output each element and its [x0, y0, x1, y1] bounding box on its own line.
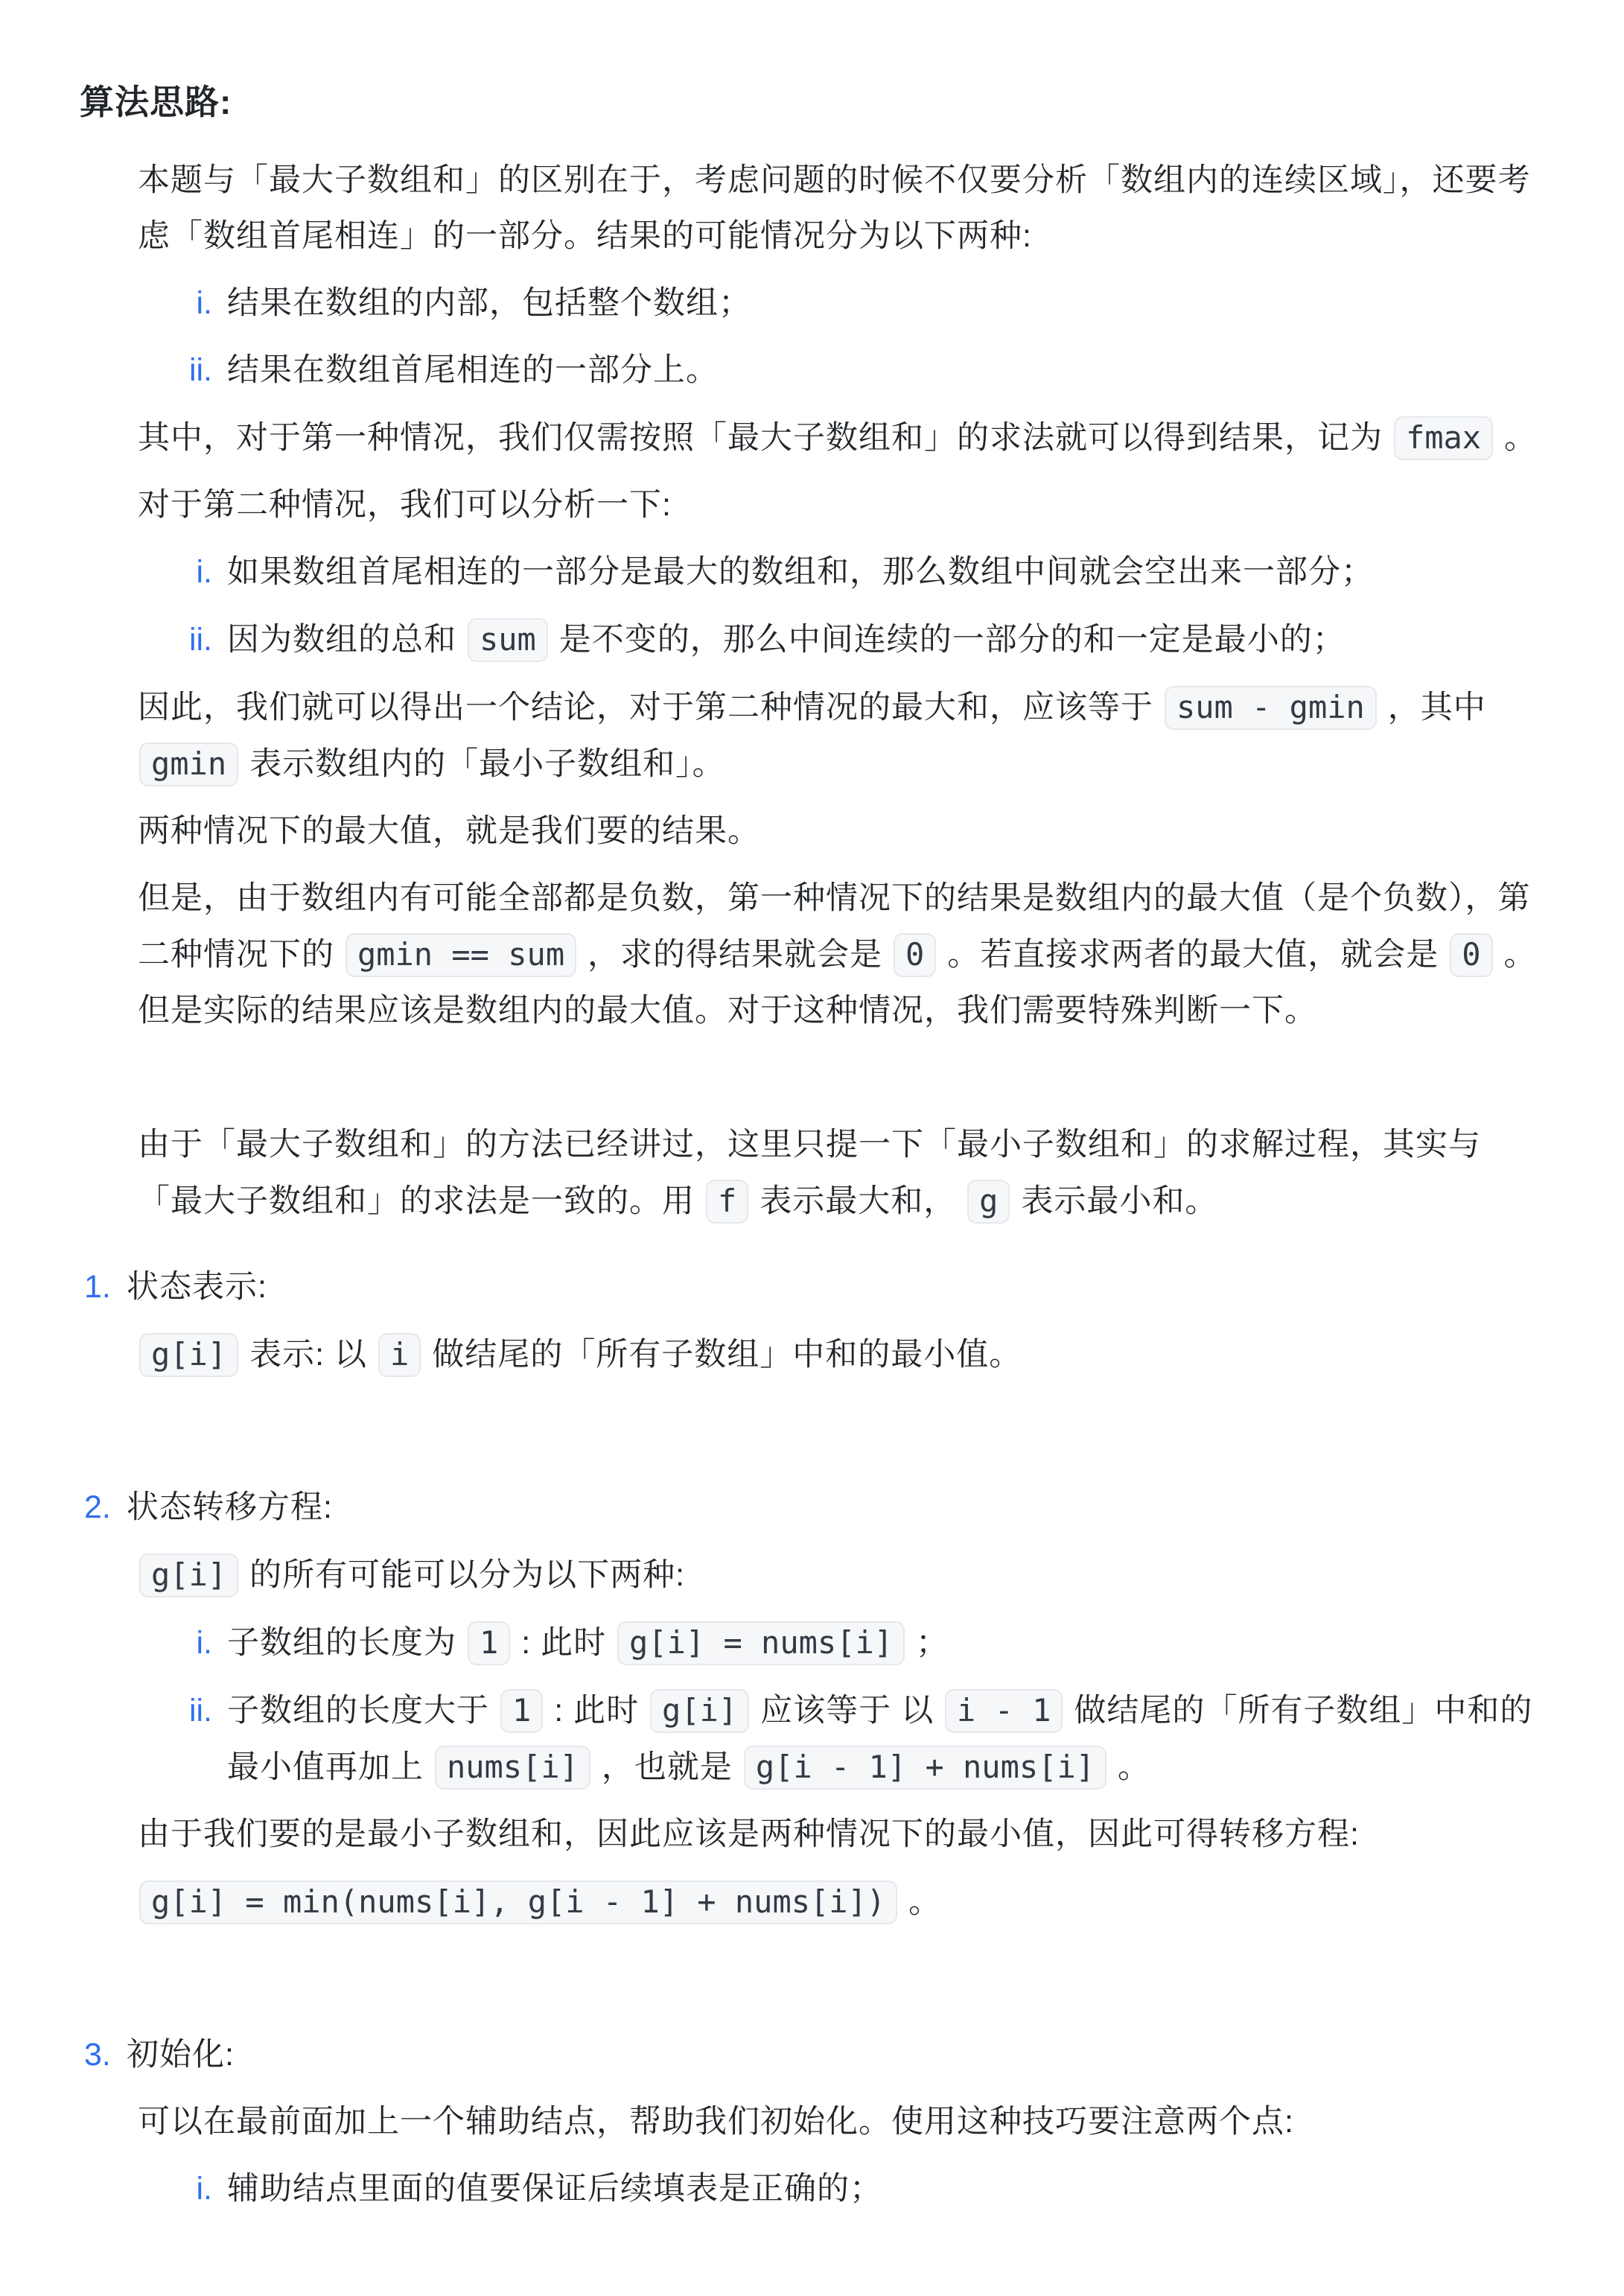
section-title: 状态转移方程:	[127, 1480, 333, 1536]
blank-line	[0, 1050, 1545, 1106]
roman-list: i.结果在数组的内部，包括整个数组；ii.结果在数组首尾相连的一部分上。	[182, 276, 1545, 398]
text-run: 子数组的长度大于	[227, 1693, 499, 1729]
text-run: 其中，对于第一种情况，我们仅需按照「最大子数组和」的求法就可以得到结果，记为	[138, 420, 1392, 456]
text-run: 的所有可能可以分为以下两种:	[240, 1557, 685, 1593]
list-item-text: 因为数组的总和 sum 是不变的，那么中间连续的一部分的和一定是最小的；	[227, 611, 1545, 668]
inline-code: g[i]	[139, 1333, 238, 1377]
inline-code: sum - gmin	[1165, 686, 1377, 730]
text-run: ，其中	[1378, 690, 1486, 725]
text-run: 。	[899, 1884, 941, 1920]
numbered-section-body: g[i] 的所有可能可以分为以下两种:i.子数组的长度为 1 : 此时 g[i]…	[138, 1547, 1545, 1930]
text-run: ；	[906, 1625, 949, 1661]
text-run: 。若直接求两者的最大值，就会是	[937, 937, 1448, 973]
inline-code: sum	[468, 618, 548, 662]
inline-code: g	[967, 1180, 1010, 1224]
list-item: i.结果在数组的内部，包括整个数组；	[182, 276, 1545, 331]
list-marker: 1.	[84, 1259, 127, 1315]
roman-list: i.如果数组首尾相连的一部分是最大的数组和，那么数组中间就会空出来一部分；ii.…	[182, 544, 1545, 668]
section-title: 状态表示:	[127, 1259, 267, 1315]
numbered-section-heading: 3.初始化:	[84, 2027, 1545, 2083]
paragraph: 其中，对于第一种情况，我们仅需按照「最大子数组和」的求法就可以得到结果，记为 f…	[138, 410, 1545, 466]
inline-code: g[i] = nums[i]	[617, 1621, 905, 1665]
inline-code: g[i]	[139, 1554, 238, 1597]
inline-code: g[i]	[650, 1689, 749, 1733]
text-run: ，求的得结果就会是	[578, 937, 892, 973]
paragraph: 本题与「最大子数组和」的区别在于，考虑问题的时候不仅要分析「数组内的连续区域」，…	[138, 153, 1545, 264]
text-run: 对于第二种情况，我们可以分析一下:	[138, 487, 672, 523]
list-item: i.子数组的长度为 1 : 此时 g[i] = nums[i] ；	[182, 1615, 1545, 1671]
list-marker: i.	[182, 1615, 212, 1671]
text-run: 。	[1494, 420, 1537, 456]
text-run: 如果数组首尾相连的一部分是最大的数组和，那么数组中间就会空出来一部分；	[227, 554, 1374, 590]
inline-code: gmin == sum	[346, 933, 576, 977]
text-run: : 此时	[544, 1693, 649, 1729]
numbered-section: 3.初始化:可以在最前面加上一个辅助结点，帮助我们初始化。使用这种技巧要注意两个…	[84, 2027, 1545, 2217]
list-item-text: 辅助结点里面的值要保证后续填表是正确的；	[227, 2161, 1545, 2217]
text-run: 是不变的，那么中间连续的一部分的和一定是最小的；	[550, 622, 1346, 658]
page-title: 算法思路:	[80, 74, 1545, 130]
list-marker: 3.	[84, 2027, 127, 2083]
inline-code: 0	[1450, 933, 1492, 977]
text-run: 。	[1108, 1749, 1150, 1785]
inline-code: gmin	[139, 742, 238, 786]
inline-code: nums[i]	[435, 1746, 590, 1790]
paragraph: 对于第二种情况，我们可以分析一下:	[138, 477, 1545, 533]
list-item: i.如果数组首尾相连的一部分是最大的数组和，那么数组中间就会空出来一部分；	[182, 544, 1545, 600]
text-run: 因为数组的总和	[227, 622, 466, 658]
text-run: 表示数组内的「最小子数组和」。	[240, 746, 725, 782]
paragraph: g[i] 表示: 以 i 做结尾的「所有子数组」中和的最小值。	[138, 1326, 1545, 1383]
inline-code: 1	[468, 1621, 510, 1665]
inline-code: i	[378, 1333, 421, 1377]
text-run: 结果在数组首尾相连的一部分上。	[227, 352, 719, 388]
text-run: 因此，我们就可以得出一个结论，对于第二种情况的最大和，应该等于	[138, 690, 1163, 725]
inline-code: i - 1	[945, 1689, 1063, 1733]
text-run: 应该等于 以	[751, 1693, 943, 1729]
inline-code: f	[706, 1180, 748, 1224]
paragraph: 由于「最大子数组和」的方法已经讲过，这里只提一下「最小子数组和」的求解过程，其实…	[138, 1117, 1545, 1230]
text-run: : 此时	[512, 1625, 616, 1661]
paragraph: 因此，我们就可以得出一个结论，对于第二种情况的最大和，应该等于 sum - gm…	[138, 679, 1545, 792]
text-run: 由于我们要的是最小子数组和，因此应该是两种情况下的最小值，因此可得转移方程:	[138, 1816, 1360, 1852]
numbered-section-body: g[i] 表示: 以 i 做结尾的「所有子数组」中和的最小值。	[138, 1326, 1545, 1383]
text-run: 表示: 以	[240, 1337, 377, 1373]
list-item-text: 如果数组首尾相连的一部分是最大的数组和，那么数组中间就会空出来一部分；	[227, 544, 1545, 600]
list-item: ii.结果在数组首尾相连的一部分上。	[182, 343, 1545, 398]
solution-article: 算法思路:本题与「最大子数组和」的区别在于，考虑问题的时候不仅要分析「数组内的连…	[0, 0, 1624, 2217]
inline-code: 0	[894, 933, 936, 977]
paragraph: 两种情况下的最大值，就是我们要的结果。	[138, 804, 1545, 859]
text-run: 本题与「最大子数组和」的区别在于，考虑问题的时候不仅要分析「数组内的连续区域」，…	[138, 162, 1531, 254]
list-item: ii.子数组的长度大于 1 : 此时 g[i] 应该等于 以 i - 1 做结尾…	[182, 1682, 1545, 1796]
inline-code: g[i - 1] + nums[i]	[744, 1746, 1106, 1790]
list-marker: 2.	[84, 1480, 127, 1536]
text-run: 子数组的长度为	[227, 1625, 466, 1661]
inline-code: g[i] = min(nums[i], g[i - 1] + nums[i])	[139, 1880, 897, 1924]
list-item-text: 结果在数组首尾相连的一部分上。	[227, 343, 1545, 398]
list-marker: ii.	[182, 612, 212, 668]
text-run: 做结尾的「所有子数组」中和的最小值。	[422, 1337, 1022, 1373]
list-marker: i.	[182, 544, 212, 600]
paragraph: 但是，由于数组内有可能全部都是负数，第一种情况下的结果是数组内的最大值（是个负数…	[138, 871, 1545, 1039]
list-marker: i.	[182, 276, 212, 331]
list-item: ii.因为数组的总和 sum 是不变的，那么中间连续的一部分的和一定是最小的；	[182, 611, 1545, 668]
text-run: 辅助结点里面的值要保证后续填表是正确的；	[227, 2171, 882, 2207]
text-run: 两种情况下的最大值，就是我们要的结果。	[138, 813, 760, 849]
list-item-text: 子数组的长度为 1 : 此时 g[i] = nums[i] ；	[227, 1615, 1545, 1671]
roman-list: i.辅助结点里面的值要保证后续填表是正确的；	[182, 2161, 1545, 2217]
paragraph: g[i] = min(nums[i], g[i - 1] + nums[i]) …	[138, 1874, 1545, 1930]
inline-code: 1	[500, 1689, 543, 1733]
text-run: 表示最小和。	[1011, 1183, 1217, 1219]
section-title: 初始化:	[127, 2027, 235, 2083]
list-marker: i.	[182, 2161, 212, 2217]
paragraph: 可以在最前面加上一个辅助结点，帮助我们初始化。使用这种技巧要注意两个点:	[138, 2094, 1545, 2150]
numbered-section: 2.状态转移方程:g[i] 的所有可能可以分为以下两种:i.子数组的长度为 1 …	[84, 1480, 1545, 1930]
text-run: 表示最大和，	[750, 1183, 966, 1219]
text-run: 可以在最前面加上一个辅助结点，帮助我们初始化。使用这种技巧要注意两个点:	[138, 2104, 1294, 2140]
text-run: ，也就是	[592, 1749, 742, 1785]
list-item-text: 子数组的长度大于 1 : 此时 g[i] 应该等于 以 i - 1 做结尾的「所…	[227, 1682, 1545, 1796]
numbered-section: 1.状态表示:g[i] 表示: 以 i 做结尾的「所有子数组」中和的最小值。	[84, 1259, 1545, 1383]
numbered-section-heading: 2.状态转移方程:	[84, 1480, 1545, 1536]
list-item-text: 结果在数组的内部，包括整个数组；	[227, 276, 1545, 331]
inline-code: fmax	[1394, 416, 1493, 460]
text-run: 结果在数组的内部，包括整个数组；	[227, 285, 751, 321]
paragraph: 由于我们要的是最小子数组和，因此应该是两种情况下的最小值，因此可得转移方程:	[138, 1807, 1545, 1863]
list-marker: ii.	[182, 1683, 212, 1739]
paragraph: g[i] 的所有可能可以分为以下两种:	[138, 1547, 1545, 1603]
numbered-section-heading: 1.状态表示:	[84, 1259, 1545, 1315]
list-marker: ii.	[182, 343, 212, 398]
numbered-section-body: 可以在最前面加上一个辅助结点，帮助我们初始化。使用这种技巧要注意两个点:i.辅助…	[138, 2094, 1545, 2217]
roman-list: i.子数组的长度为 1 : 此时 g[i] = nums[i] ；ii.子数组的…	[182, 1615, 1545, 1796]
list-item: i.辅助结点里面的值要保证后续填表是正确的；	[182, 2161, 1545, 2217]
